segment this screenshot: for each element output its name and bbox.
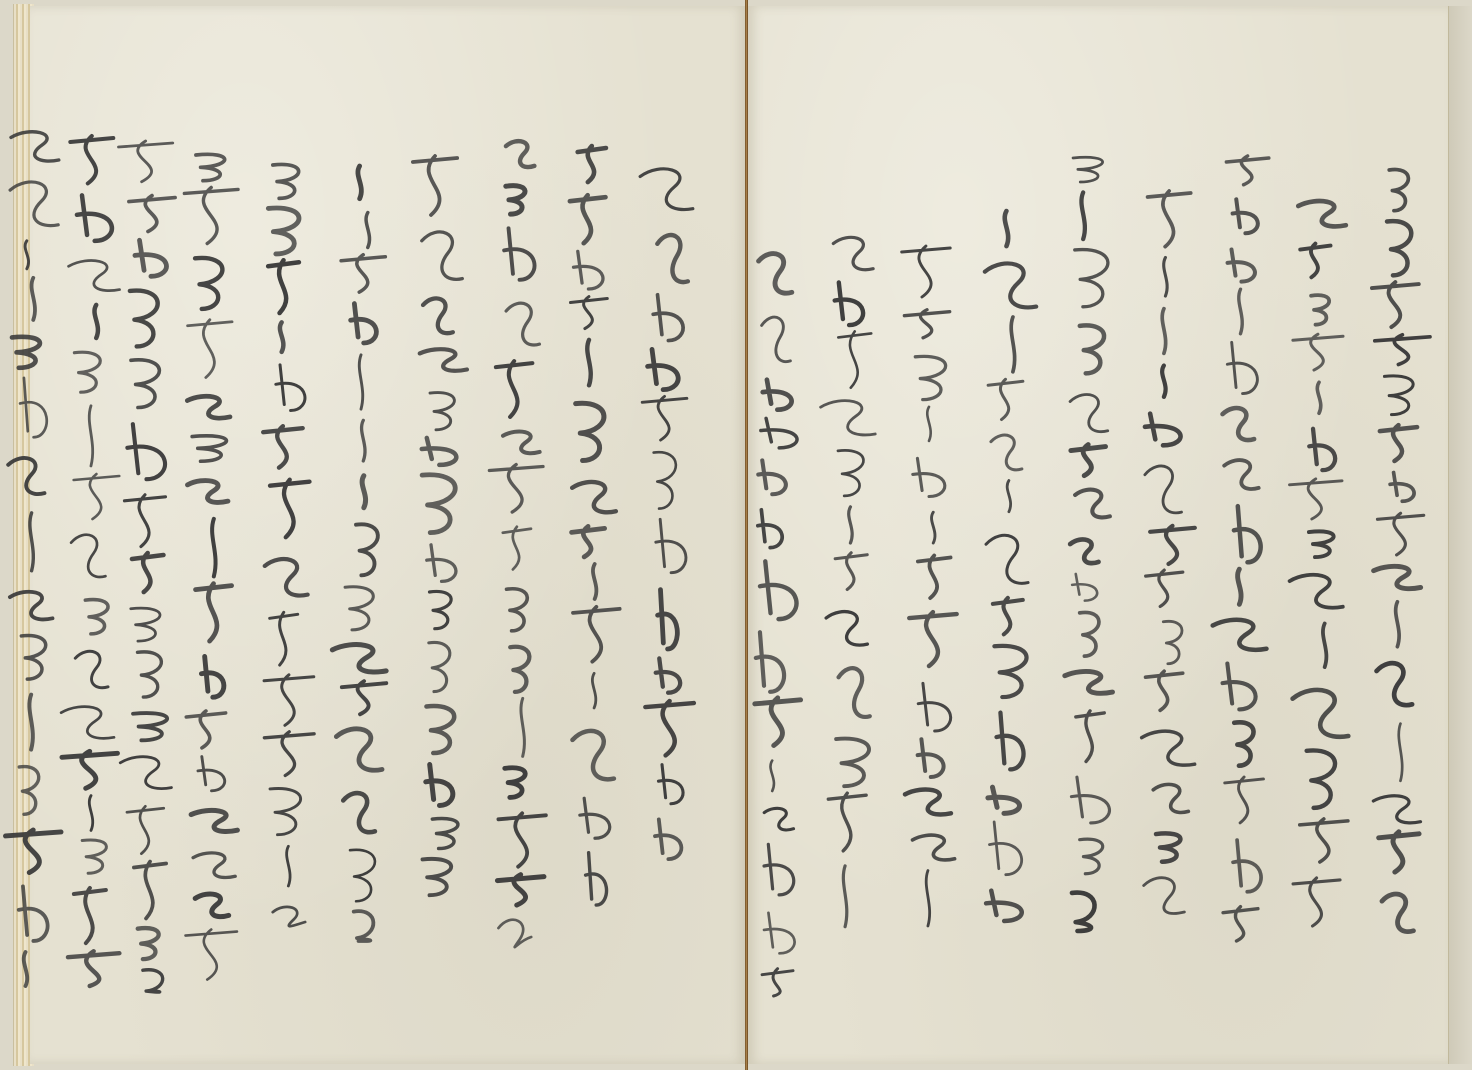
calligraphy-strokes bbox=[1060, 148, 1116, 935]
text-column: 御 bbox=[1140, 185, 1196, 920]
calligraphy-strokes bbox=[640, 155, 696, 880]
text-column: し bbox=[64, 130, 120, 990]
text-column: ゆ bbox=[182, 145, 238, 995]
calligraphy-strokes bbox=[412, 150, 468, 920]
calligraphy-strokes bbox=[1292, 190, 1348, 930]
calligraphy-strokes bbox=[182, 145, 238, 995]
text-column: こ bbox=[640, 155, 696, 880]
text-column: て bbox=[120, 135, 176, 995]
right-page-edge bbox=[1448, 6, 1472, 1064]
left-page-label: Left page — 10 columns of cursive kana t… bbox=[30, 6, 31, 7]
text-column: を bbox=[747, 240, 803, 1000]
calligraphy-strokes bbox=[1140, 185, 1196, 920]
text-column: ら bbox=[1060, 148, 1116, 935]
text-column: み bbox=[1370, 160, 1426, 940]
text-column: ふ bbox=[412, 150, 468, 920]
right-page-label: Right page — 9 columns of cursive kana t… bbox=[748, 6, 749, 7]
text-column: は bbox=[335, 160, 391, 945]
text-column: は bbox=[258, 155, 314, 930]
calligraphy-strokes bbox=[902, 240, 958, 930]
text-column: へ bbox=[902, 240, 958, 930]
calligraphy-strokes bbox=[1215, 150, 1271, 945]
text-column: ま bbox=[2, 120, 58, 990]
text-column: を bbox=[564, 140, 620, 920]
calligraphy-strokes bbox=[564, 140, 620, 920]
calligraphy-strokes bbox=[822, 225, 878, 940]
book-spread: Left page — 10 columns of cursive kana t… bbox=[0, 0, 1472, 1070]
text-column: う bbox=[980, 205, 1036, 925]
text-column: さ bbox=[1292, 190, 1348, 930]
calligraphy-strokes bbox=[64, 130, 120, 990]
calligraphy-strokes bbox=[335, 160, 391, 945]
text-column: し bbox=[822, 225, 878, 940]
calligraphy-strokes bbox=[2, 120, 58, 990]
text-column: 襟 bbox=[490, 130, 546, 945]
calligraphy-strokes bbox=[258, 155, 314, 930]
calligraphy-strokes bbox=[1370, 160, 1426, 940]
calligraphy-strokes bbox=[120, 135, 176, 995]
text-column: て bbox=[1215, 150, 1271, 945]
calligraphy-strokes bbox=[747, 240, 803, 1000]
calligraphy-strokes bbox=[490, 130, 546, 945]
calligraphy-strokes bbox=[980, 205, 1036, 925]
